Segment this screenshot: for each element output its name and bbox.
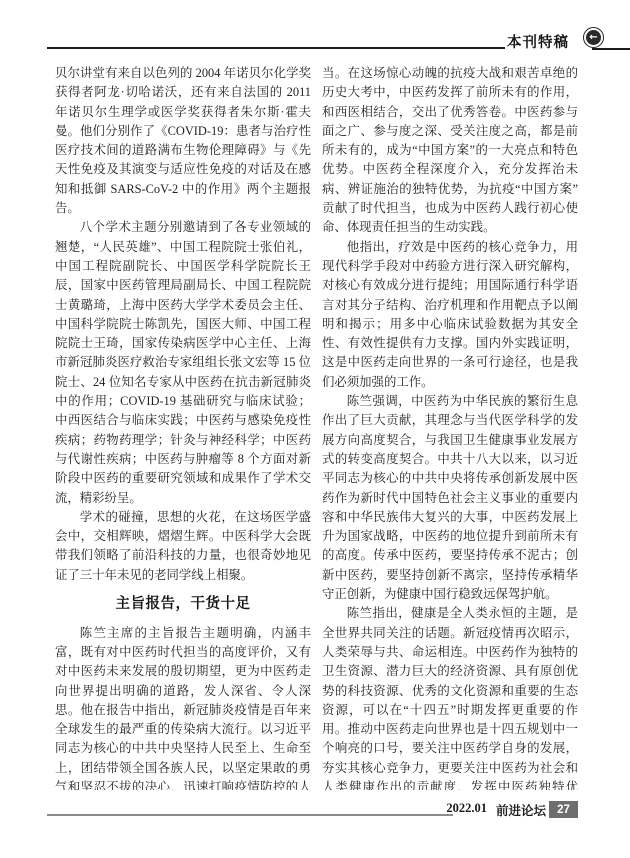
header-rule-left: [47, 47, 505, 49]
paragraph: 学术的碰撞，思想的火花，在这场医学盛会中，交相辉映，熠熠生辉。中医科学大会既带我…: [55, 508, 311, 585]
header-section-label: 本刊特稿: [507, 31, 577, 52]
back-arrow-glyph: ←: [586, 30, 601, 45]
footer-issue: 2022.01: [446, 801, 487, 819]
footer-journal-info: 2022.01 前进论坛: [453, 801, 546, 819]
page-number-badge: 27: [549, 801, 578, 818]
paragraph: 当。在这场惊心动魄的抗疫大战和艰苦卓绝的历史大考中，中医药发挥了前所未有的作用，…: [322, 64, 578, 238]
footer-journal-name: 前进论坛: [496, 801, 546, 819]
footer-rule: [47, 814, 453, 816]
paragraph: 陈竺指出，健康是全人类永恒的主题，是全世界共同关注的话题。新冠疫情再次昭示，人类…: [322, 604, 578, 790]
back-arrow-circle-icon: ←: [583, 27, 604, 48]
paragraph: 陈竺强调，中医药为中华民族的繁衍生息作出了巨大贡献，其理念与当代医学科学的发展方…: [322, 392, 578, 604]
header-rule-right: [592, 48, 630, 50]
text-column-right: 当。在这场惊心动魄的抗疫大战和艰苦卓绝的历史大考中，中医药发挥了前所未有的作用，…: [322, 64, 578, 790]
text-column-left: 贝尔讲堂有来自以色列的 2004 年诺贝尔化学奖获得者阿龙·切哈诺沃，还有来自法…: [55, 64, 311, 790]
paragraph: 八个学术主题分别邀请到了各专业领域的翘楚，“人民英雄”、中国工程院院士张伯礼，中…: [55, 218, 311, 507]
magazine-page: 本刊特稿 ← 贝尔讲堂有来自以色列的 2004 年诺贝尔化学奖获得者阿龙·切哈诺…: [0, 0, 630, 858]
paragraph: 他指出，疗效是中医药的核心竞争力，用现代科学手段对中药验方进行深入研究解构，对核…: [322, 238, 578, 392]
paragraph: 贝尔讲堂有来自以色列的 2004 年诺贝尔化学奖获得者阿龙·切哈诺沃，还有来自法…: [55, 64, 311, 218]
section-heading: 主旨报告，干货十足: [55, 585, 311, 624]
paragraph: 陈竺主席的主旨报告主题明确，内涵丰富，既有对中医药时代担当的高度评价，又有对中医…: [55, 624, 311, 790]
